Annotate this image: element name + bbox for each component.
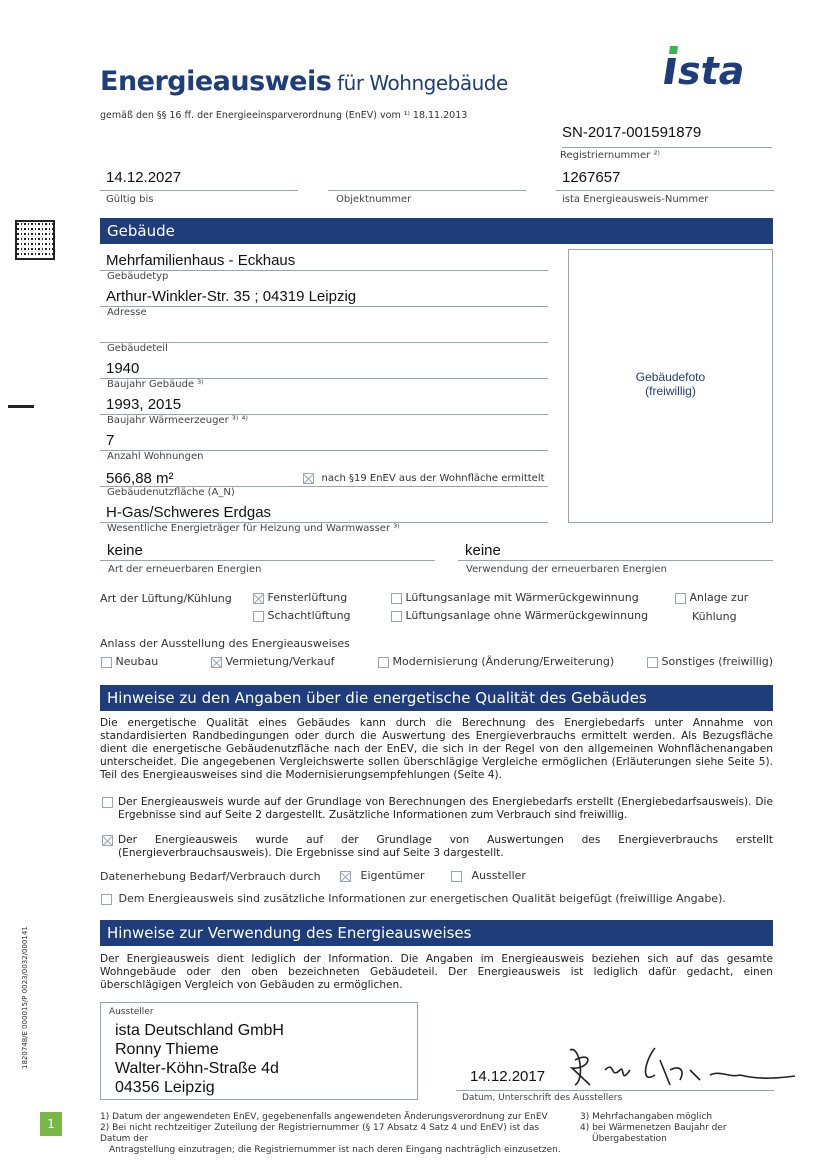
energy-carrier-label: Wesentliche Energieträger für Heizung un… [100, 523, 548, 540]
year-built-label: Baujahr Gebäude ³⁾ [100, 379, 548, 396]
consumption-based-checkbox[interactable] [102, 835, 113, 846]
usage-text: Der Energieausweis dient lediglich der I… [100, 953, 773, 992]
footnotes-left: 1) Datum der angewendeten EnEV, gegebene… [100, 1112, 570, 1156]
usable-area-label: Gebäudenutzfläche (A_N) [100, 487, 548, 504]
valid-until-label: Gültig bis [106, 194, 153, 205]
ista-number: 1267657 [556, 169, 774, 191]
ista-number-label: ista Energieausweis-Nummer [562, 194, 708, 205]
rent-sale-checkbox[interactable] [211, 657, 222, 668]
building-part-value [100, 324, 548, 343]
issuer-city: 04356 Leipzig [115, 1078, 284, 1097]
usable-area-value: 566,88 m² [106, 470, 174, 487]
datamatrix-code [15, 220, 55, 260]
year-built-value: 1940 [100, 360, 548, 379]
signature [560, 1040, 800, 1095]
quality-intro-text: Die energetische Qualität eines Gebäudes… [100, 717, 773, 782]
building-type-label: Gebäudetyp [100, 271, 548, 288]
additional-info-checkbox[interactable] [101, 894, 112, 905]
section-building-header: Gebäude [100, 218, 773, 244]
section-usage-header: Hinweise zur Verwendung des Energieauswe… [100, 920, 773, 946]
area-from-living-space-checkbox[interactable] [303, 473, 314, 484]
cooling-system-checkbox[interactable] [675, 593, 686, 604]
demand-option: Der Energieausweis wurde auf der Grundla… [100, 796, 773, 822]
svg-text:sta: sta [678, 49, 744, 93]
object-number [328, 169, 526, 191]
modernization-checkbox[interactable] [378, 657, 389, 668]
address-value: Arthur-Winkler-Str. 35 ; 04319 Leipzig [100, 288, 548, 307]
registration-number-label: Registriernummer ²⁾ [560, 150, 660, 161]
consumption-option: Der Energieausweis wurde auf der Grundla… [100, 834, 773, 860]
signature-label: Datum, Unterschrift des Ausstellers [462, 1093, 622, 1103]
signature-line [456, 1090, 774, 1091]
page-number-badge: 1 [40, 1112, 62, 1136]
issue-date: 14.12.2017 [470, 1068, 545, 1085]
heater-year-label: Baujahr Wärmeerzeuger ³⁾ ⁴⁾ [100, 415, 548, 432]
renewable-type-label: Art der erneuerbaren Energien [108, 564, 261, 575]
issuer-person: Ronny Thieme [115, 1040, 284, 1059]
heater-year-value: 1993, 2015 [100, 396, 548, 415]
document-title: Energieausweis für Wohngebäude [100, 66, 508, 97]
demand-based-checkbox[interactable] [102, 797, 113, 808]
shaft-ventilation-checkbox[interactable] [253, 611, 264, 622]
issuer-company: ista Deutschland GmbH [115, 1021, 284, 1040]
new-building-checkbox[interactable] [101, 657, 112, 668]
registration-number: SN-2017-001591879 [562, 124, 772, 148]
address-label: Adresse [100, 307, 548, 324]
issuer-street: Walter-Köhn-Straße 4d [115, 1059, 284, 1078]
ventilation-with-recovery-checkbox[interactable] [391, 593, 402, 604]
building-type-value: Mehrfamilienhaus - Eckhaus [100, 252, 548, 271]
other-reason-checkbox[interactable] [647, 657, 658, 668]
document-subtitle: gemäß den §§ 16 ff. der Energieeinsparve… [100, 110, 467, 121]
energy-carrier-value: H-Gas/Schweres Erdgas [100, 504, 548, 523]
building-photo-placeholder: Gebäudefoto (freiwillig) [568, 249, 773, 523]
section-quality-header: Hinweise zu den Angaben über die energet… [100, 685, 773, 711]
object-number-label: Objektnummer [336, 194, 411, 205]
issuer-box: Aussteller ista Deutschland GmbH Ronny T… [100, 1002, 418, 1100]
ista-logo: sta [648, 36, 776, 98]
owner-checkbox[interactable] [340, 871, 351, 882]
side-code: 1820748/E 000015/P 0023/0032/000141 [21, 919, 29, 1069]
building-part-label: Gebäudeteil [100, 343, 548, 360]
data-collection-label: Datenerhebung Bedarf/Verbrauch durch [100, 870, 321, 883]
renewable-use-label: Verwendung der erneuerbaren Energien [466, 564, 667, 575]
footnotes-right: 3) Mehrfachangaben möglich 4) bei Wärmen… [580, 1112, 775, 1145]
apartments-label: Anzahl Wohnungen [100, 451, 548, 468]
renewable-use-value: keine [458, 542, 773, 561]
window-ventilation-checkbox[interactable] [253, 593, 264, 604]
issuer-checkbox[interactable] [451, 871, 462, 882]
ventilation-without-recovery-checkbox[interactable] [391, 611, 402, 622]
apartments-value: 7 [100, 432, 548, 451]
occasion-label: Anlass der Ausstellung des Energieauswei… [100, 637, 350, 650]
ventilation-label: Art der Lüftung/Kühlung [100, 592, 232, 605]
fold-mark [8, 405, 34, 408]
renewable-type-value: keine [100, 542, 435, 561]
valid-until: 14.12.2027 [100, 169, 298, 191]
